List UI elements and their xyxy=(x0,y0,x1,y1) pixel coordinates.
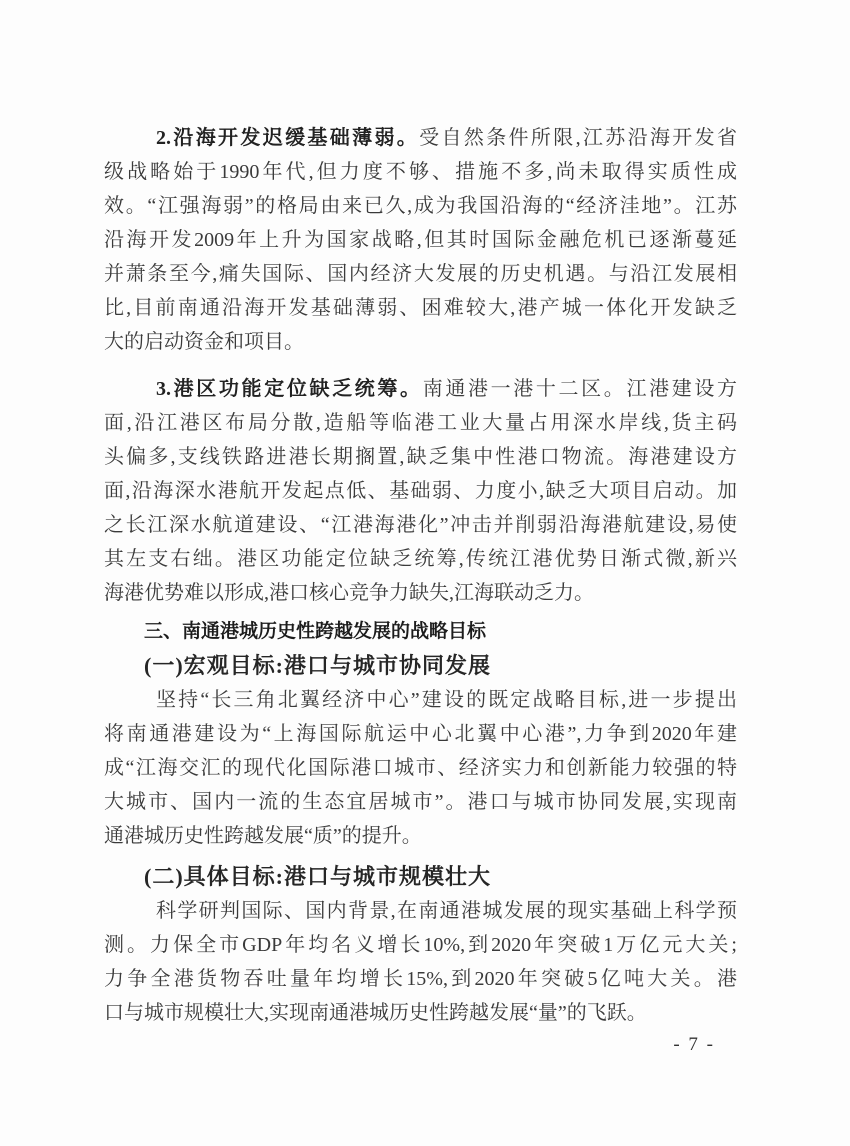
subsection-2-heading: (二)具体目标:港口与城市规模壮大 xyxy=(104,860,737,894)
text-run: 受自然条件所限,江苏沿海开发省 xyxy=(419,127,737,149)
text-line: 海港优势难以形成,港口核心竞争力缺失,江海联动乏力。 xyxy=(104,576,737,610)
text-line: 比,目前南通沿海开发基础薄弱、困难较大,港产城一体化开发缺乏 xyxy=(104,291,737,325)
paragraph-body-lines: 测。力保全市GDP年均名义增长10%,到2020年突破1万亿元大关;力争全港货物… xyxy=(104,928,737,996)
section-3-heading: 三、南通港城历史性跨越发展的战略目标 xyxy=(104,615,737,649)
text-line: 其左支右绌。港区功能定位缺乏统筹,传统江港优势日渐式微,新兴 xyxy=(104,542,737,576)
text-line: 面,沿海深水港航开发起点低、基础弱、力度小,缺乏大项目启动。加 xyxy=(104,474,737,508)
text-line: 口与城市规模壮大,实现南通港城历史性跨越发展“量”的飞跃。 xyxy=(104,996,737,1030)
text-line: 大的启动资金和项目。 xyxy=(104,325,737,359)
paragraph-point-2: 2.沿海开发迟缓基础薄弱。受自然条件所限,江苏沿海开发省 级战略始于1990年代… xyxy=(104,121,737,359)
text-line: 3.港区功能定位缺乏统筹。南通港一港十二区。江港建设方 xyxy=(104,372,737,406)
paragraph-macro-goal: 坚持“长三角北翼经济中心”建设的既定战略目标,进一步提出 将南通港建设为“上海国… xyxy=(104,683,737,853)
text-line: 大城市、国内一流的生态宜居城市”。港口与城市协同发展,实现南 xyxy=(104,785,737,819)
subsection-1-heading: (一)宏观目标:港口与城市协同发展 xyxy=(104,649,737,683)
text-run: 南通港一港十二区。江港建设方 xyxy=(423,378,737,400)
text-line: 级战略始于1990年代,但力度不够、措施不多,尚未取得实质性成 xyxy=(104,155,737,189)
text-line: 测。力保全市GDP年均名义增长10%,到2020年突破1万亿元大关; xyxy=(104,928,737,962)
text-line: 沿海开发2009年上升为国家战略,但其时国际金融危机已逐渐蔓延 xyxy=(104,223,737,257)
text-line: 面,沿江港区布局分散,造船等临港工业大量占用深水岸线,货主码 xyxy=(104,406,737,440)
text-line: 将南通港建设为“上海国际航运中心北翼中心港”,力争到2020年建 xyxy=(104,717,737,751)
text-line: 之长江深水航道建设、“江港海港化”冲击并削弱沿海港航建设,易使 xyxy=(104,508,737,542)
text-line: 并萧条至今,痛失国际、国内经济大发展的历史机遇。与沿江发展相 xyxy=(104,257,737,291)
text-line: 成“江海交汇的现代化国际港口城市、经济实力和创新能力较强的特 xyxy=(104,751,737,785)
text-line: 头偏多,支线铁路进港长期搁置,缺乏集中性港口物流。海港建设方 xyxy=(104,440,737,474)
paragraph-lead-bold: 3.港区功能定位缺乏统筹。 xyxy=(156,378,423,400)
text-line: 力争全港货物吞吐量年均增长15%,到2020年突破5亿吨大关。港 xyxy=(104,962,737,996)
document-page: 2.沿海开发迟缓基础薄弱。受自然条件所限,江苏沿海开发省 级战略始于1990年代… xyxy=(0,0,850,1146)
paragraph-lead-bold: 2.沿海开发迟缓基础薄弱。 xyxy=(156,127,419,149)
paragraph-body-lines: 将南通港建设为“上海国际航运中心北翼中心港”,力争到2020年建成“江海交汇的现… xyxy=(104,717,737,819)
page-number: - 7 - xyxy=(673,1032,715,1058)
paragraph-specific-goal: 科学研判国际、国内背景,在南通港城发展的现实基础上科学预 测。力保全市GDP年均… xyxy=(104,894,737,1030)
text-line: 效。“江强海弱”的格局由来已久,成为我国沿海的“经济洼地”。江苏 xyxy=(104,189,737,223)
text-line: 通港城历史性跨越发展“质”的提升。 xyxy=(104,819,737,853)
text-line: 2.沿海开发迟缓基础薄弱。受自然条件所限,江苏沿海开发省 xyxy=(104,121,737,155)
paragraph-body-lines: 面,沿江港区布局分散,造船等临港工业大量占用深水岸线,货主码头偏多,支线铁路进港… xyxy=(104,406,737,576)
page-content: 2.沿海开发迟缓基础薄弱。受自然条件所限,江苏沿海开发省 级战略始于1990年代… xyxy=(104,121,737,1030)
paragraph-body-lines: 级战略始于1990年代,但力度不够、措施不多,尚未取得实质性成效。“江强海弱”的… xyxy=(104,155,737,325)
paragraph-point-3: 3.港区功能定位缺乏统筹。南通港一港十二区。江港建设方 面,沿江港区布局分散,造… xyxy=(104,372,737,610)
text-line: 坚持“长三角北翼经济中心”建设的既定战略目标,进一步提出 xyxy=(104,683,737,717)
text-line: 科学研判国际、国内背景,在南通港城发展的现实基础上科学预 xyxy=(104,894,737,928)
